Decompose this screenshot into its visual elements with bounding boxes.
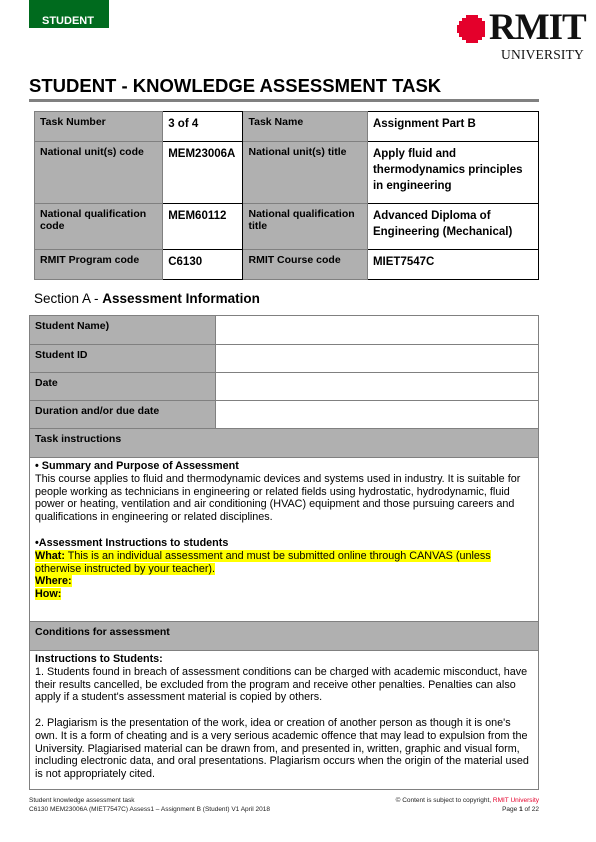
table-row: • Summary and Purpose of Assessment This… — [30, 458, 539, 622]
instructions-heading: •Assessment Instructions to students — [35, 537, 533, 550]
footer-right: © Content is subject to copyright, RMIT … — [396, 796, 539, 814]
condition-2: 2. Plagiarism is the presentation of the… — [35, 717, 533, 781]
program-code-label: RMIT Program code — [35, 250, 163, 280]
table-row: RMIT Program code C6130 RMIT Course code… — [35, 250, 539, 280]
table-row: Conditions for assessment — [30, 622, 539, 651]
task-number-value: 3 of 4 — [163, 112, 243, 142]
due-date-field[interactable] — [215, 401, 538, 429]
table-row: Duration and/or due date — [30, 401, 539, 429]
instructions-to-students-heading: Instructions to Students: — [35, 653, 533, 666]
task-details-table: Task Number 3 of 4 Task Name Assignment … — [34, 111, 539, 280]
table-row: National unit(s) code MEM23006A National… — [35, 142, 539, 204]
unit-title-label: National unit(s) title — [243, 142, 367, 204]
page-title: STUDENT - KNOWLEDGE ASSESSMENT TASK — [29, 75, 441, 97]
how-line: How: — [35, 588, 533, 601]
what-line: What: This is an individual assessment a… — [35, 550, 533, 576]
footer-page-number: Page 1 of 22 — [396, 805, 539, 814]
footer-doc-type: Student knowledge assessment task — [29, 796, 270, 805]
conditions-header: Conditions for assessment — [30, 622, 539, 651]
logo-subtitle: UNIVERSITY — [501, 47, 584, 63]
student-id-label: Student ID — [30, 345, 216, 373]
due-date-label: Duration and/or due date — [30, 401, 216, 429]
table-row: Task Number 3 of 4 Task Name Assignment … — [35, 112, 539, 142]
footer-left: Student knowledge assessment task C6130 … — [29, 796, 270, 814]
section-heading: Section A - Assessment Information — [34, 291, 260, 306]
conditions-body: Instructions to Students: 1. Students fo… — [30, 651, 539, 790]
rmit-logo: RMIT UNIVERSITY — [455, 12, 580, 60]
student-name-field[interactable] — [215, 316, 538, 345]
task-instructions-header: Task instructions — [30, 429, 539, 458]
rmit-pixel-dot-icon — [457, 14, 487, 44]
where-line: Where: — [35, 575, 533, 588]
student-id-field[interactable] — [215, 345, 538, 373]
table-row: Student ID — [30, 345, 539, 373]
qualification-title-value: Advanced Diploma of Engineering (Mechani… — [367, 204, 538, 250]
unit-title-value: Apply fluid and thermodynamics principle… — [367, 142, 538, 204]
footer-copyright: © Content is subject to copyright, RMIT … — [396, 796, 539, 805]
course-code-value: MIET7547C — [367, 250, 538, 280]
task-instructions-body: • Summary and Purpose of Assessment This… — [30, 458, 539, 622]
task-number-label: Task Number — [35, 112, 163, 142]
qualification-title-text: Advanced Diploma of Engineering (Mechani… — [373, 208, 523, 240]
unit-code-value: MEM23006A — [163, 142, 243, 204]
student-tag: STUDENT — [29, 0, 109, 28]
qualification-code-label: National qualification code — [35, 204, 163, 250]
unit-title-text: Apply fluid and thermodynamics principle… — [373, 146, 533, 194]
logo-wordmark: RMIT — [489, 8, 586, 48]
section-prefix: Section A - — [34, 291, 102, 306]
section-title: Assessment Information — [102, 291, 260, 306]
date-field[interactable] — [215, 373, 538, 401]
table-row: National qualification code MEM60112 Nat… — [35, 204, 539, 250]
qualification-code-value: MEM60112 — [163, 204, 243, 250]
table-row: Instructions to Students: 1. Students fo… — [30, 651, 539, 790]
student-name-label: Student Name) — [30, 316, 216, 345]
unit-code-label: National unit(s) code — [35, 142, 163, 204]
program-code-value: C6130 — [163, 250, 243, 280]
summary-text: This course applies to fluid and thermod… — [35, 473, 533, 524]
table-row: Task instructions — [30, 429, 539, 458]
footer-doc-id: C6130 MEM23006A (MIET7547C) Assess1 – As… — [29, 805, 270, 814]
course-code-label: RMIT Course code — [243, 250, 367, 280]
task-name-label: Task Name — [243, 112, 367, 142]
table-row: Student Name) — [30, 316, 539, 345]
qualification-title-label: National qualification title — [243, 204, 367, 250]
assessment-info-table: Student Name) Student ID Date Duration a… — [29, 315, 539, 790]
summary-heading: • Summary and Purpose of Assessment — [35, 460, 533, 473]
condition-1: 1. Students found in breach of assessmen… — [35, 666, 533, 704]
title-rule — [29, 99, 539, 102]
date-label: Date — [30, 373, 216, 401]
table-row: Date — [30, 373, 539, 401]
task-name-value: Assignment Part B — [367, 112, 538, 142]
